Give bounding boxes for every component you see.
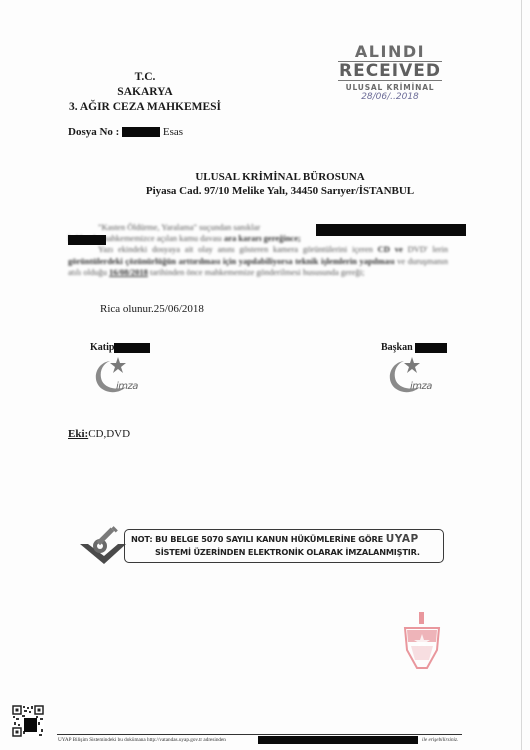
redaction-box	[68, 235, 106, 245]
signature-label-clerk: Katip	[90, 342, 150, 353]
footer-end-text: ile erişebilirsiniz.	[422, 737, 458, 743]
key-checkmark-icon	[78, 520, 128, 566]
stamp-title: ALINDI	[338, 44, 442, 60]
footer-text: UYAP Bilişim Sistemindeki bu dokümana ht…	[58, 737, 226, 743]
svg-text:imza: imza	[410, 381, 432, 392]
redaction-box	[316, 224, 466, 236]
red-seal-icon	[403, 612, 441, 672]
stamp-subtitle: RECEIVED	[338, 61, 442, 81]
svg-text:imza: imza	[116, 381, 138, 392]
uyap-notice: NOT: BU BELGE 5070 SAYILI KANUN HÜKÜMLER…	[124, 529, 444, 563]
recipient-address: Piyasa Cad. 97/10 Melike Yalı, 34450 Sar…	[60, 184, 500, 198]
redaction-box	[415, 343, 447, 353]
file-number: Dosya No : Esas	[68, 126, 183, 138]
footer-divider	[57, 734, 462, 735]
file-number-label: Dosya No :	[68, 126, 119, 138]
recipient: ULUSAL KRİMİNAL BÜROSUNA Piyasa Cad. 97/…	[60, 170, 500, 198]
attachment-value: CD,DVD	[88, 428, 130, 440]
body-paragraph-2: Yazı ekindeki dosyaya ait olay anını gös…	[68, 244, 448, 278]
court-header: T.C. SAKARYA 3. AĞIR CEZA MAHKEMESİ	[60, 70, 230, 115]
closing-line: Rica olunur.25/06/2018	[100, 303, 204, 315]
header-tc: T.C.	[60, 70, 230, 85]
file-number-suffix: Esas	[163, 126, 183, 138]
stamp-org: ULUSAL KRİMİNAL	[338, 83, 442, 92]
signature-label-judge: Başkan	[381, 342, 447, 353]
received-stamp: ALINDI RECEIVED ULUSAL KRİMİNAL 28/06/..…	[338, 44, 442, 102]
redaction-box	[258, 736, 418, 744]
header-city: SAKARYA	[60, 85, 230, 100]
redaction-box	[114, 343, 150, 353]
e-signature-icon: imza	[382, 355, 442, 395]
attachment-line: Eki:CD,DVD	[68, 428, 130, 440]
redaction-box	[122, 127, 160, 137]
attachment-label: Eki:	[68, 428, 88, 440]
stamp-date: 28/06/..2018	[338, 92, 442, 102]
e-signature-icon: imza	[88, 355, 148, 395]
uyap-brand: UYAP	[386, 533, 419, 545]
header-court: 3. AĞIR CEZA MAHKEMESİ	[60, 100, 230, 115]
recipient-name: ULUSAL KRİMİNAL BÜROSUNA	[60, 170, 500, 184]
page-edge	[521, 0, 522, 750]
qr-code	[12, 705, 44, 737]
